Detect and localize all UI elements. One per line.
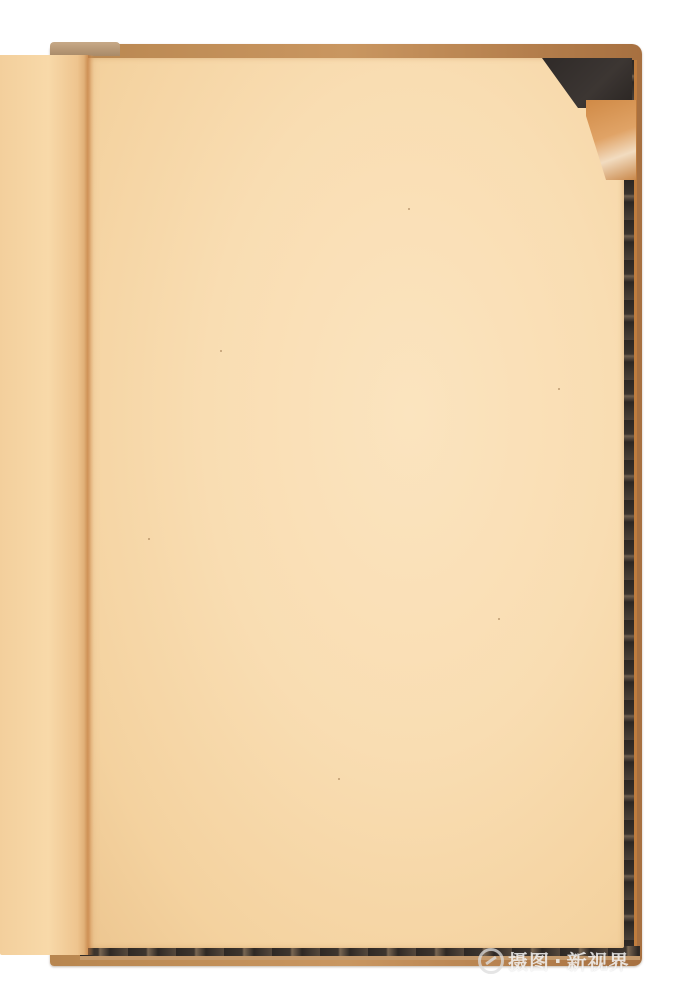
cover-right-edge xyxy=(622,60,637,950)
open-book-photo: 摄图 · 新视界 xyxy=(0,0,700,1003)
watermark-brand-right: 新视界 xyxy=(567,946,630,975)
camera-aperture-icon xyxy=(478,948,504,974)
paper-speck xyxy=(148,538,150,540)
paper-speck xyxy=(220,350,222,352)
paper-speck xyxy=(408,208,410,210)
paper-speck xyxy=(498,618,500,620)
watermark-brand-left: 摄图 xyxy=(508,946,550,975)
paper-speck xyxy=(558,388,560,390)
right-page-blank xyxy=(88,58,624,948)
spine-top-fabric xyxy=(50,42,120,56)
paper-speck xyxy=(338,778,340,780)
left-page xyxy=(0,55,88,955)
watermark: 摄图 · 新视界 xyxy=(478,946,630,975)
page-gutter-fold xyxy=(84,55,94,955)
watermark-separator: · xyxy=(554,949,563,973)
